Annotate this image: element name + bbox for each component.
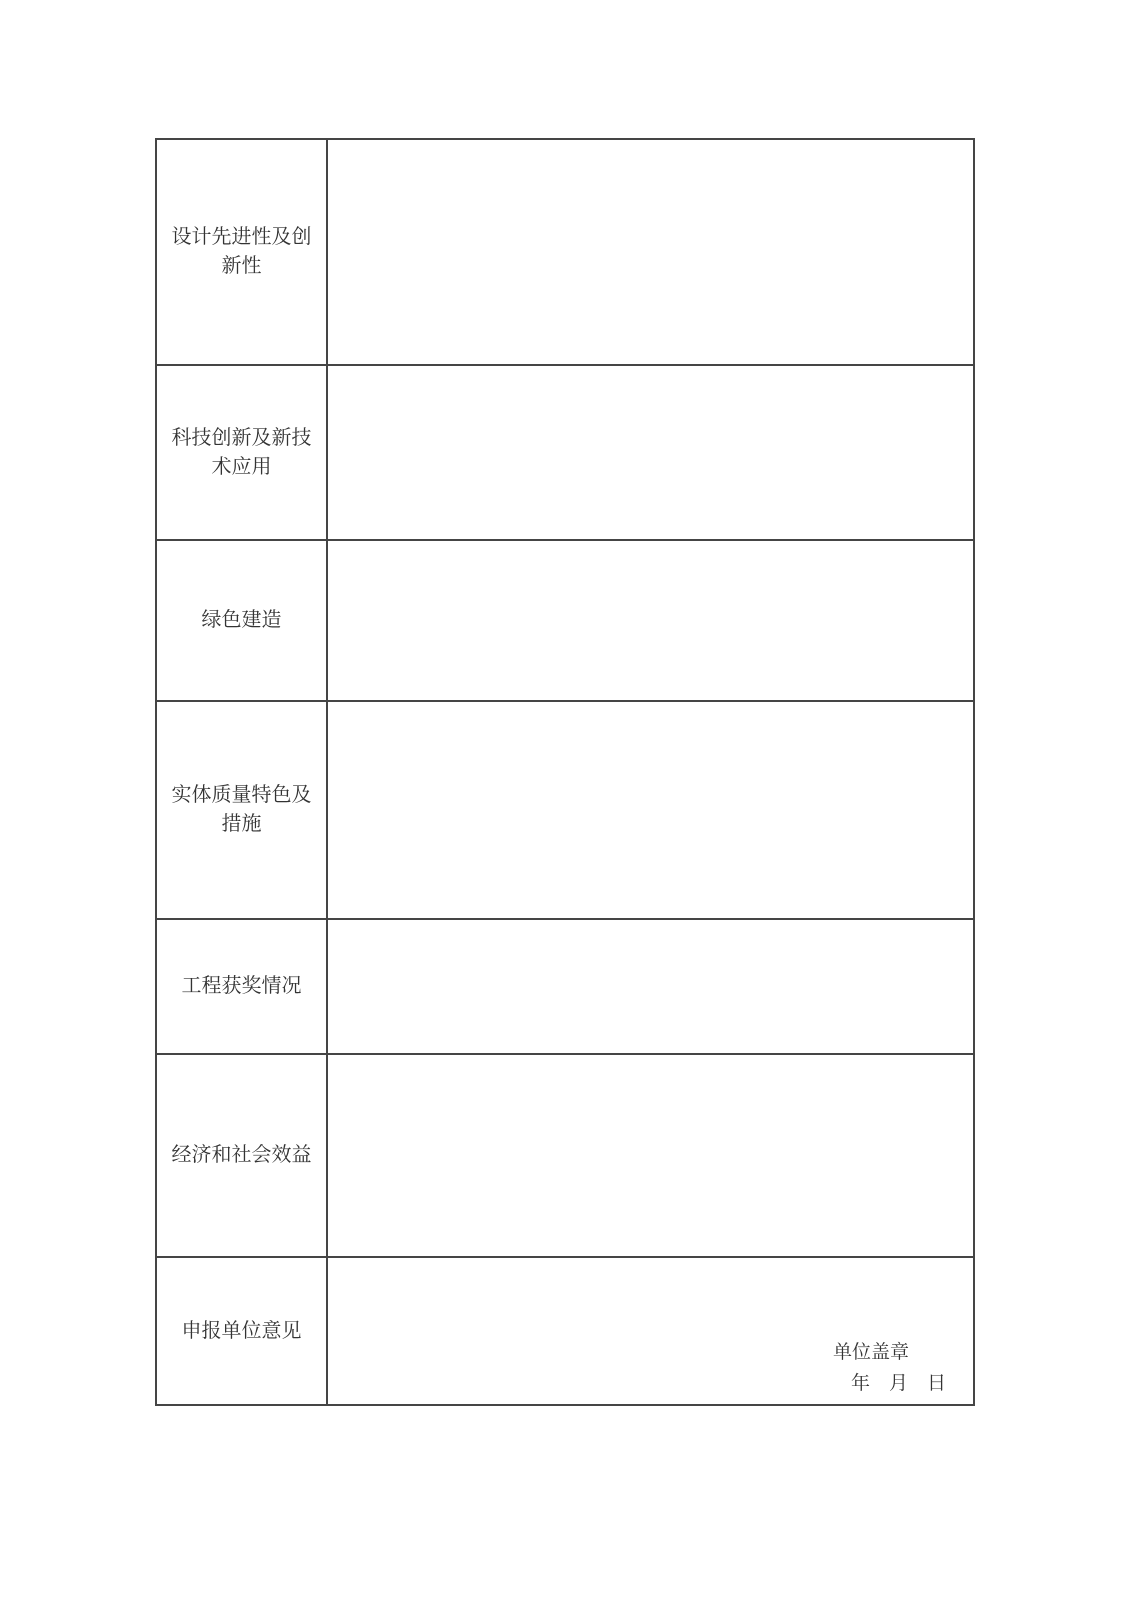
table-row: 申报单位意见 单位盖章 年 月 日 xyxy=(157,1258,973,1404)
unit-seal-label: 单位盖章 xyxy=(833,1336,909,1370)
row-label-tech-innovation: 科技创新及新技 术应用 xyxy=(157,366,328,539)
row-label-quality-features: 实体质量特色及 措施 xyxy=(157,702,328,918)
table-row: 实体质量特色及 措施 xyxy=(157,702,973,920)
row-content-applicant-unit-opinion: 单位盖章 年 月 日 xyxy=(328,1258,973,1404)
row-content-quality-features xyxy=(328,702,973,918)
row-content-tech-innovation xyxy=(328,366,973,539)
date-year-month-day-label: 年 月 日 xyxy=(851,1370,946,1398)
row-label-design-innovation: 设计先进性及创 新性 xyxy=(157,140,328,364)
row-label-economic-social-benefits: 经济和社会效益 xyxy=(157,1055,328,1256)
row-label-green-construction: 绿色建造 xyxy=(157,541,328,700)
table-row: 绿色建造 xyxy=(157,541,973,702)
row-label-project-awards: 工程获奖情况 xyxy=(157,920,328,1053)
application-form-table: 设计先进性及创 新性 科技创新及新技 术应用 绿色建造 实体质量特色及 措施 工… xyxy=(155,138,975,1406)
table-row: 经济和社会效益 xyxy=(157,1055,973,1258)
row-content-green-construction xyxy=(328,541,973,700)
row-content-economic-social-benefits xyxy=(328,1055,973,1256)
row-content-design-innovation xyxy=(328,140,973,364)
table-row: 科技创新及新技 术应用 xyxy=(157,366,973,541)
table-row: 工程获奖情况 xyxy=(157,920,973,1055)
table-row: 设计先进性及创 新性 xyxy=(157,140,973,366)
row-content-project-awards xyxy=(328,920,973,1053)
row-label-applicant-unit-opinion: 申报单位意见 xyxy=(157,1258,328,1404)
